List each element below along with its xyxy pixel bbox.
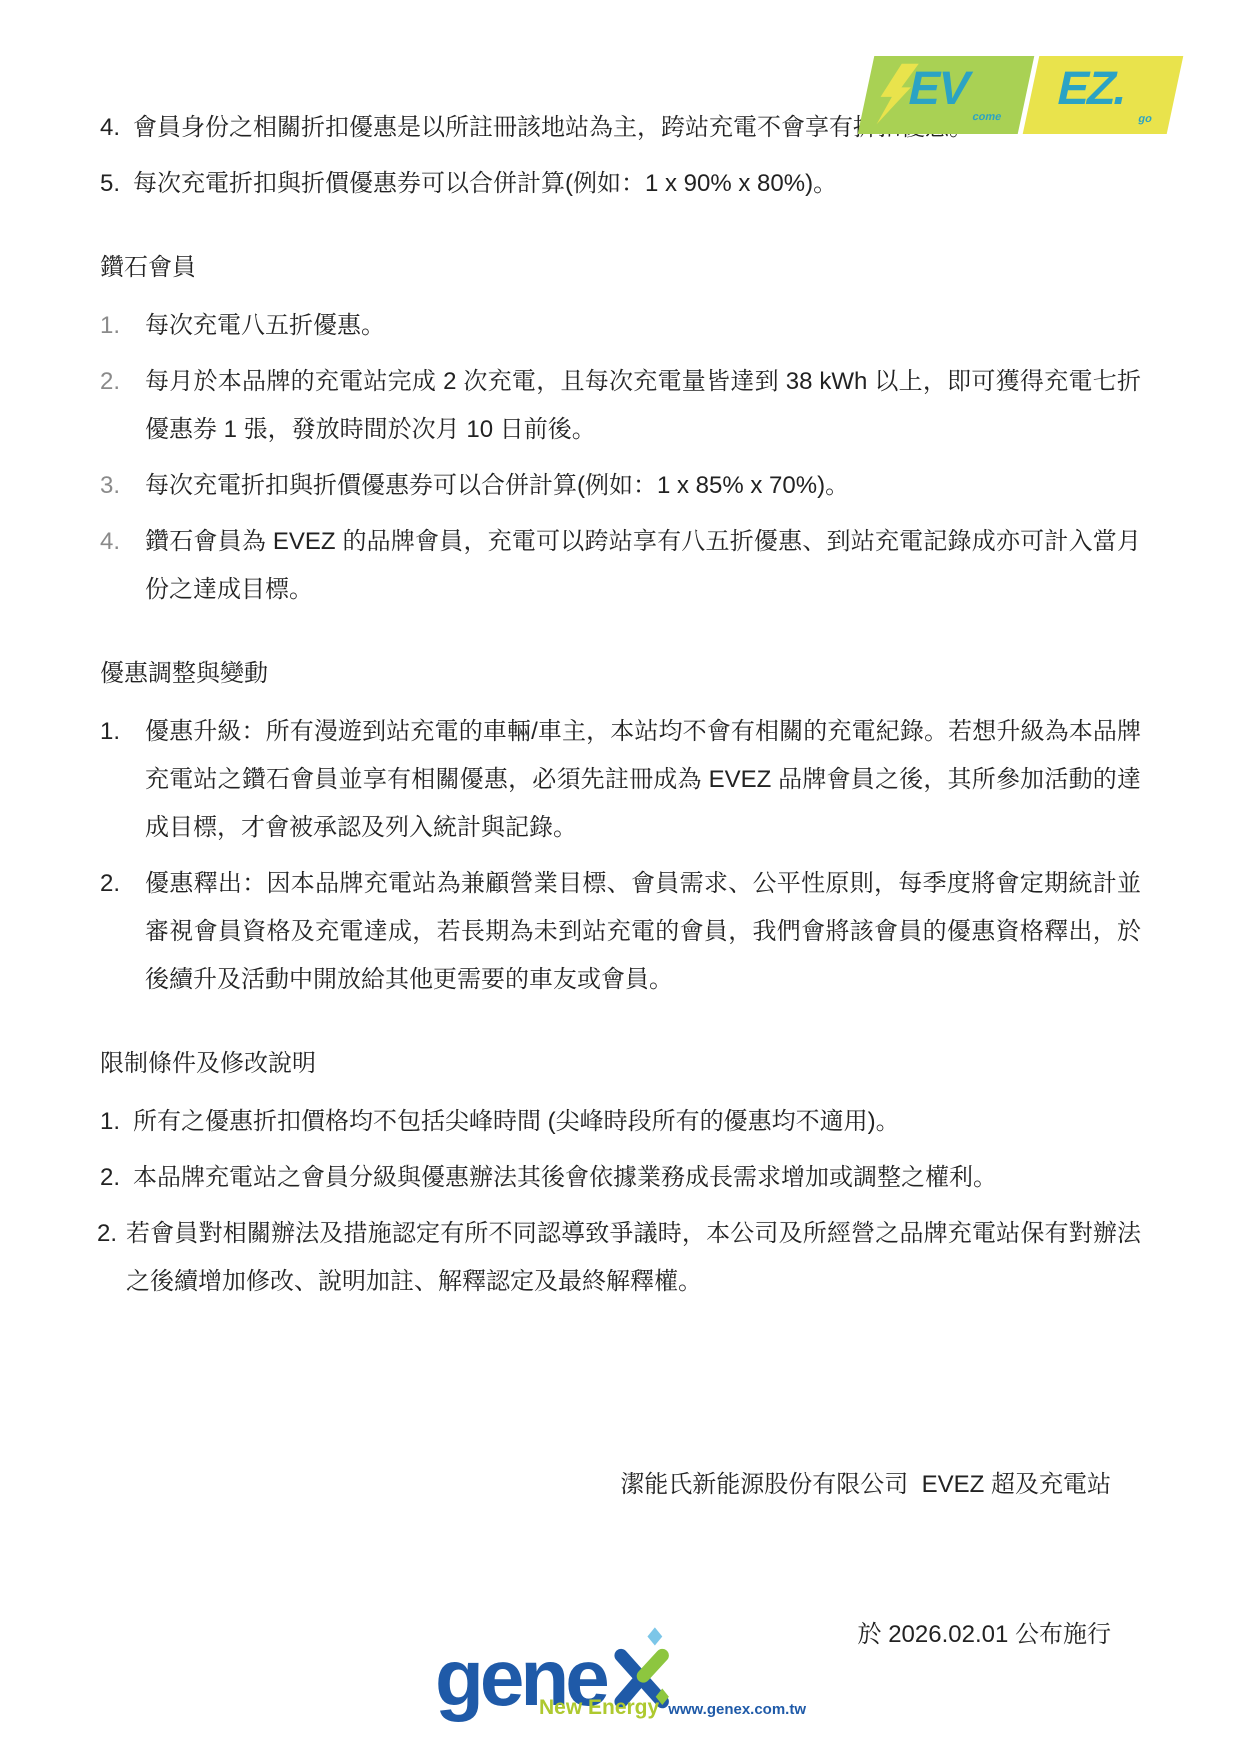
item-text: 本品牌充電站之會員分級與優惠辦法其後會依據業務成長需求增加或調整之權利。 [133,1154,1141,1202]
genex-url-text: www.genex.com.tw [668,1702,806,1717]
item-number: 2. [100,860,145,1004]
item-number: 5. [100,160,133,208]
evez-logo-go-text: go [1137,114,1153,125]
item-text: 所有之優惠折扣價格均不包括尖峰時間 (尖峰時段所有的優惠均不適用)。 [133,1098,1141,1146]
company-line: 潔能氏新能源股份有限公司 EVEZ 超及充電站 [100,1460,1111,1510]
genex-logo: gene New Energy www.genex.com.tw [435,1625,806,1718]
item-text: 每次充電八五折優惠。 [145,302,1141,350]
item-number: 2. [97,1210,126,1306]
evez-logo-ev-text: EV [905,64,974,111]
document-page: EV come EZ. go 4. 會員身份之相關折扣優惠是以所註冊該地站為主，… [0,0,1241,1754]
section-title-diamond: 鑽石會員 [100,244,1141,292]
item-number: 4. [100,518,145,614]
item-number: 4. [100,104,133,152]
list-item: 1. 優惠升級：所有漫遊到站充電的車輛/車主，本站均不會有相關的充電紀錄。若想升… [100,708,1141,852]
limits-list: 1. 所有之優惠折扣價格均不包括尖峰時間 (尖峰時段所有的優惠均不適用)。 2.… [100,1098,1141,1306]
evez-logo-ez-text: EZ. [1054,64,1131,111]
adjust-list: 1. 優惠升級：所有漫遊到站充電的車輛/車主，本站均不會有相關的充電紀錄。若想升… [100,708,1141,1004]
evez-logo-ez-panel: EZ. go [1023,56,1184,134]
list-item: 4. 鑽石會員為 EVEZ 的品牌會員，充電可以跨站享有八五折優惠、到站充電記錄… [100,518,1141,614]
item-number: 3. [100,462,145,510]
list-item: 5. 每次充電折扣與折價優惠券可以合併計算(例如：1 x 90% x 80%)。 [100,160,1141,208]
item-text: 優惠釋出：因本品牌充電站為兼顧營業目標、會員需求、公平性原則，每季度將會定期統計… [145,860,1141,1004]
document-body: 4. 會員身份之相關折扣優惠是以所註冊該地站為主，跨站充電不會享有折扣優惠。 5… [0,0,1241,1754]
list-item: 2. 本品牌充電站之會員分級與優惠辦法其後會依據業務成長需求增加或調整之權利。 [100,1154,1141,1202]
list-item: 2. 每月於本品牌的充電站完成 2 次充電，且每次充電量皆達到 38 kWh 以… [100,358,1141,454]
item-number: 1. [100,1098,133,1146]
item-number: 1. [100,708,145,852]
item-number: 2. [100,358,145,454]
evez-logo: EV come EZ. go [866,56,1175,134]
section-title-adjust: 優惠調整與變動 [100,650,1141,698]
genex-tagline-text: New Energy [539,1697,659,1718]
diamond-list: 1. 每次充電八五折優惠。 2. 每月於本品牌的充電站完成 2 次充電，且每次充… [100,302,1141,614]
item-text: 鑽石會員為 EVEZ 的品牌會員，充電可以跨站享有八五折優惠、到站充電記錄成亦可… [145,518,1141,614]
item-number: 2. [100,1154,133,1202]
section-title-limits: 限制條件及修改說明 [100,1040,1141,1088]
item-text: 每次充電折扣與折價優惠券可以合併計算(例如：1 x 90% x 80%)。 [133,160,1141,208]
item-number: 1. [100,302,145,350]
list-item: 2. 優惠釋出：因本品牌充電站為兼顧營業目標、會員需求、公平性原則，每季度將會定… [100,860,1141,1004]
list-item: 2. 若會員對相關辦法及措施認定有所不同認導致爭議時，本公司及所經營之品牌充電站… [97,1210,1141,1306]
evez-logo-come-text: come [971,112,1002,123]
list-item: 1. 每次充電八五折優惠。 [100,302,1141,350]
item-text: 每月於本品牌的充電站完成 2 次充電，且每次充電量皆達到 38 kWh 以上，即… [145,358,1141,454]
list-item: 3. 每次充電折扣與折價優惠券可以合併計算(例如：1 x 85% x 70%)。 [100,462,1141,510]
item-text: 若會員對相關辦法及措施認定有所不同認導致爭議時，本公司及所經營之品牌充電站保有對… [126,1210,1141,1306]
item-text: 每次充電折扣與折價優惠券可以合併計算(例如：1 x 85% x 70%)。 [145,462,1141,510]
evez-logo-ev-panel: EV come [858,56,1035,134]
list-item: 1. 所有之優惠折扣價格均不包括尖峰時間 (尖峰時段所有的優惠均不適用)。 [100,1098,1141,1146]
item-text: 優惠升級：所有漫遊到站充電的車輛/車主，本站均不會有相關的充電紀錄。若想升級為本… [145,708,1141,852]
